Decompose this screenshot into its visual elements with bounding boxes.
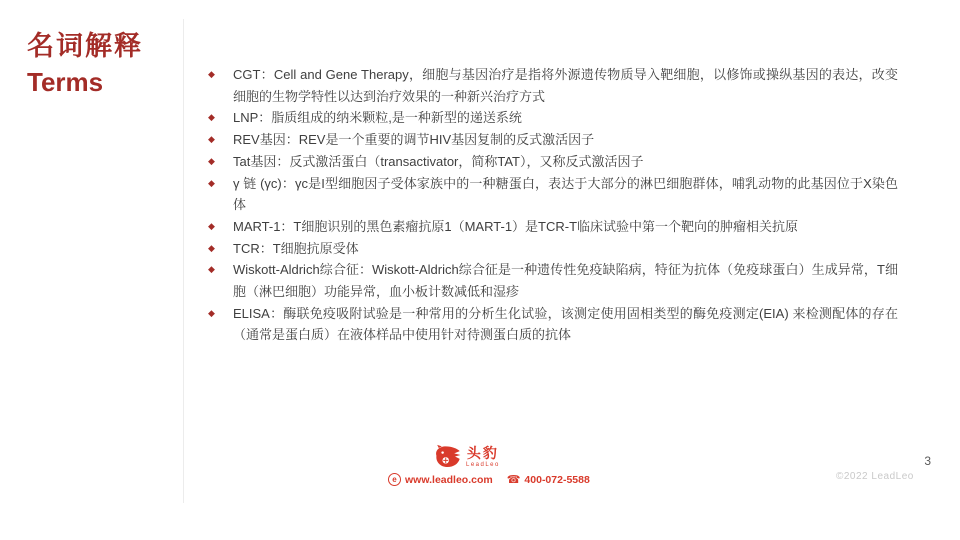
footer-contact: e www.leadleo.com ☎ 400-072-5588 bbox=[388, 473, 590, 486]
page-title-english: Terms bbox=[27, 67, 143, 98]
diamond-bullet-icon: ◆ bbox=[208, 216, 215, 238]
term-item-rev: ◆ REV基因：REV是一个重要的调节HIV基因复制的反式激活因子 bbox=[208, 129, 898, 151]
term-text: LNP：脂质组成的纳米颗粒,是一种新型的递送系统 bbox=[233, 110, 522, 125]
diamond-bullet-icon: ◆ bbox=[208, 303, 215, 325]
footer: 头豹 LeadLeo e www.leadleo.com ☎ 400-072-5… bbox=[0, 490, 960, 540]
diamond-bullet-icon: ◆ bbox=[208, 129, 215, 151]
globe-icon: e bbox=[388, 473, 401, 486]
logo-name-english: LeadLeo bbox=[466, 462, 500, 468]
phone-icon: ☎ bbox=[507, 473, 521, 486]
diamond-bullet-icon: ◆ bbox=[208, 259, 215, 281]
term-text: Wiskott-Aldrich综合征：Wiskott-Aldrich综合征是一种… bbox=[233, 262, 898, 299]
vertical-divider bbox=[183, 19, 184, 503]
term-text: Tat基因：反式激活蛋白（transactivator，简称TAT），又称反式激… bbox=[233, 154, 644, 169]
diamond-bullet-icon: ◆ bbox=[208, 107, 215, 129]
logo-text: 头豹 LeadLeo bbox=[466, 446, 500, 468]
term-item-tat: ◆ Tat基因：反式激活蛋白（transactivator，简称TAT），又称反… bbox=[208, 151, 898, 173]
page-title: 名词解释 Terms bbox=[27, 30, 143, 98]
website-link[interactable]: www.leadleo.com bbox=[405, 474, 493, 486]
term-text: TCR：T细胞抗原受体 bbox=[233, 241, 359, 256]
leopard-logo-icon bbox=[431, 444, 462, 469]
term-item-gamma-chain: ◆ γ 链 (γc)：γc是I型细胞因子受体家族中的一种糖蛋白，表达于大部分的淋… bbox=[208, 173, 898, 216]
term-text: γ 链 (γc)：γc是I型细胞因子受体家族中的一种糖蛋白，表达于大部分的淋巴细… bbox=[233, 176, 898, 213]
terms-list: ◆ CGT：Cell and Gene Therapy，细胞与基因治疗是指将外源… bbox=[208, 64, 898, 346]
copyright-text: ©2022 LeadLeo bbox=[836, 471, 914, 482]
term-item-elisa: ◆ ELISA：酶联免疫吸附试验是一种常用的分析生化试验，该测定使用固相类型的酶… bbox=[208, 303, 898, 346]
term-text: CGT：Cell and Gene Therapy，细胞与基因治疗是指将外源遗传… bbox=[233, 67, 898, 104]
term-item-mart1: ◆ MART-1：T细胞识别的黑色素瘤抗原1（MART-1）是TCR-T临床试验… bbox=[208, 216, 898, 238]
term-item-wiskott-aldrich: ◆ Wiskott-Aldrich综合征：Wiskott-Aldrich综合征是… bbox=[208, 259, 898, 302]
page-title-chinese: 名词解释 bbox=[27, 30, 143, 64]
leadleo-logo: 头豹 LeadLeo bbox=[431, 444, 500, 469]
term-text: REV基因：REV是一个重要的调节HIV基因复制的反式激活因子 bbox=[233, 132, 594, 147]
term-item-lnp: ◆ LNP：脂质组成的纳米颗粒,是一种新型的递送系统 bbox=[208, 107, 898, 129]
diamond-bullet-icon: ◆ bbox=[208, 64, 215, 86]
slide: 名词解释 Terms ◆ CGT：Cell and Gene Therapy，细… bbox=[0, 0, 960, 540]
term-text: ELISA：酶联免疫吸附试验是一种常用的分析生化试验，该测定使用固相类型的酶免疫… bbox=[233, 306, 898, 343]
diamond-bullet-icon: ◆ bbox=[208, 151, 215, 173]
diamond-bullet-icon: ◆ bbox=[208, 238, 215, 260]
diamond-bullet-icon: ◆ bbox=[208, 173, 215, 195]
page-number: 3 bbox=[924, 454, 931, 468]
term-item-cgt: ◆ CGT：Cell and Gene Therapy，细胞与基因治疗是指将外源… bbox=[208, 64, 898, 107]
term-text: MART-1：T细胞识别的黑色素瘤抗原1（MART-1）是TCR-T临床试验中第… bbox=[233, 219, 798, 234]
logo-name-chinese: 头豹 bbox=[467, 446, 499, 460]
term-item-tcr: ◆ TCR：T细胞抗原受体 bbox=[208, 238, 898, 260]
phone-number: 400-072-5588 bbox=[524, 474, 589, 486]
